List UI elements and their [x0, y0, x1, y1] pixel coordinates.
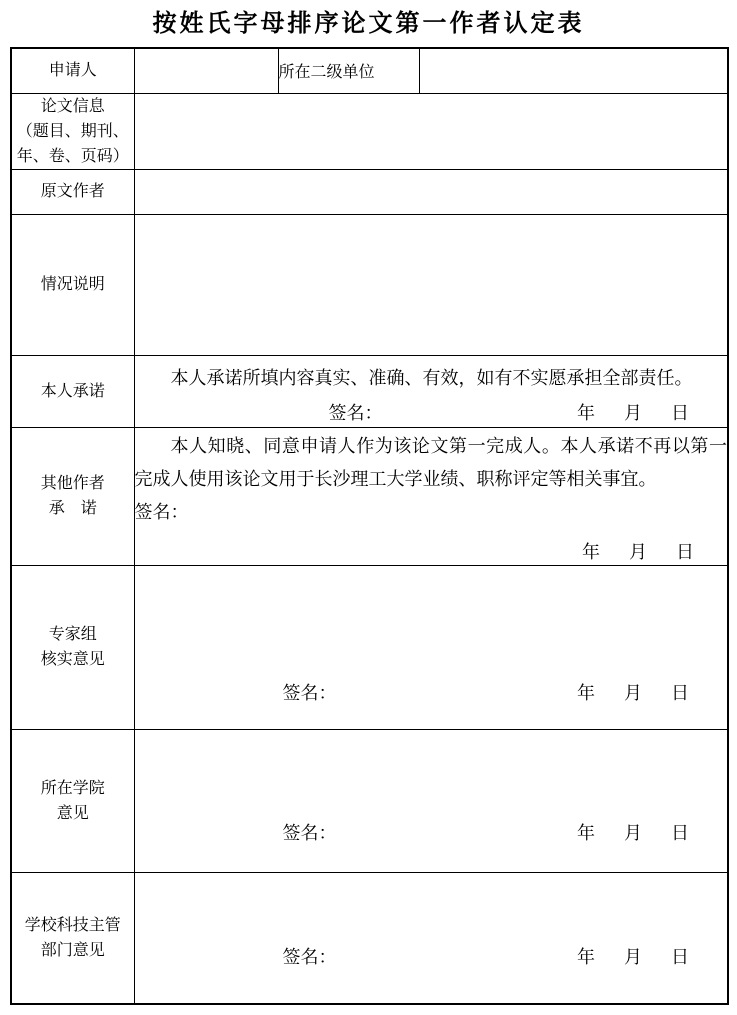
signature-label: 签名：: [135, 499, 728, 525]
label-line: 部门意见: [12, 938, 134, 963]
situation-value-cell[interactable]: [134, 214, 728, 355]
label-line: 意见: [12, 801, 134, 826]
signature-label: 签名：: [329, 399, 383, 425]
self-commitment-cell: 本人承诺所填内容真实、准确、有效，如有不实愿承担全部责任。 签名： 年 月 日: [134, 355, 728, 427]
row-college-opinion: 所在学院 意见 签名： 年 月 日: [11, 729, 728, 872]
college-opinion-cell[interactable]: 签名： 年 月 日: [134, 729, 728, 872]
label-line: 专家组: [12, 622, 134, 647]
row-self-commitment: 本人承诺 本人承诺所填内容真实、准确、有效，如有不实愿承担全部责任。 签名： 年…: [11, 355, 728, 427]
self-commitment-statement: 本人承诺所填内容真实、准确、有效，如有不实愿承担全部责任。: [135, 356, 728, 391]
department-opinion-label: 学校科技主管 部门意见: [11, 872, 134, 1004]
other-authors-cell: 本人知晓、同意申请人作为该论文第一完成人。本人承诺不再以第一完成人使用该论文用于…: [134, 427, 728, 565]
label-line: 承 诺: [12, 496, 134, 521]
document-page: 按姓氏字母排序论文第一作者认定表 申请人 所在二级单位 论文信息 （题目、期刊、…: [0, 0, 737, 1015]
day-label: 日: [671, 819, 689, 845]
day-label: 日: [671, 679, 689, 705]
college-opinion-label: 所在学院 意见: [11, 729, 134, 872]
original-authors-value-cell[interactable]: [134, 169, 728, 214]
expert-group-sign-row: 签名： 年 月 日: [135, 679, 728, 729]
applicant-value-cell[interactable]: [134, 48, 278, 93]
label-line: 其他作者: [12, 471, 134, 496]
college-sign-row: 签名： 年 月 日: [135, 819, 728, 872]
month-label: 月: [624, 399, 642, 425]
label-line: 所在学院: [12, 776, 134, 801]
row-paper-info: 论文信息 （题目、期刊、 年、卷、页码）: [11, 93, 728, 169]
row-original-authors: 原文作者: [11, 169, 728, 214]
unit-label: 所在二级单位: [278, 48, 419, 93]
unit-value-cell[interactable]: [419, 48, 728, 93]
other-authors-label: 其他作者 承 诺: [11, 427, 134, 565]
row-applicant: 申请人 所在二级单位: [11, 48, 728, 93]
signature-label: 签名：: [283, 819, 337, 845]
department-opinion-cell[interactable]: 签名： 年 月 日: [134, 872, 728, 1004]
date-fields: 年 月 日: [582, 538, 694, 564]
row-expert-group: 专家组 核实意见 签名： 年 月 日: [11, 565, 728, 729]
self-commitment-sign-row: 签名： 年 月 日: [135, 391, 728, 425]
department-sign-row: 签名： 年 月 日: [135, 943, 728, 1003]
expert-group-label: 专家组 核实意见: [11, 565, 134, 729]
other-authors-statement: 本人知晓、同意申请人作为该论文第一完成人。本人承诺不再以第一完成人使用该论文用于…: [135, 430, 728, 496]
form-table: 申请人 所在二级单位 论文信息 （题目、期刊、 年、卷、页码） 原文作者 情况说…: [10, 47, 729, 1005]
day-label: 日: [676, 538, 694, 564]
date-fields: 年 月 日: [577, 943, 689, 969]
label-line: 年、卷、页码）: [12, 144, 134, 169]
label-line: 论文信息: [12, 94, 134, 119]
original-authors-label: 原文作者: [11, 169, 134, 214]
day-label: 日: [671, 943, 689, 969]
signature-label: 签名：: [283, 679, 337, 705]
situation-label: 情况说明: [11, 214, 134, 355]
month-label: 月: [629, 538, 647, 564]
row-other-authors: 其他作者 承 诺 本人知晓、同意申请人作为该论文第一完成人。本人承诺不再以第一完…: [11, 427, 728, 565]
date-fields: 年 月 日: [577, 399, 689, 425]
date-fields: 年 月 日: [577, 679, 689, 705]
year-label: 年: [577, 679, 595, 705]
year-label: 年: [577, 943, 595, 969]
label-line: 核实意见: [12, 647, 134, 672]
paper-info-value-cell[interactable]: [134, 93, 728, 169]
other-authors-date-line: 年 月 日: [135, 538, 728, 564]
day-label: 日: [671, 399, 689, 425]
year-label: 年: [577, 819, 595, 845]
row-situation: 情况说明: [11, 214, 728, 355]
form-title: 按姓氏字母排序论文第一作者认定表: [0, 8, 737, 40]
month-label: 月: [624, 819, 642, 845]
label-line: 学校科技主管: [12, 913, 134, 938]
date-fields: 年 月 日: [577, 819, 689, 845]
month-label: 月: [624, 679, 642, 705]
applicant-label: 申请人: [11, 48, 134, 93]
self-commitment-label: 本人承诺: [11, 355, 134, 427]
label-line: （题目、期刊、: [12, 119, 134, 144]
paper-info-label: 论文信息 （题目、期刊、 年、卷、页码）: [11, 93, 134, 169]
row-department-opinion: 学校科技主管 部门意见 签名： 年 月 日: [11, 872, 728, 1004]
year-label: 年: [582, 538, 600, 564]
expert-group-opinion-cell[interactable]: 签名： 年 月 日: [134, 565, 728, 729]
year-label: 年: [577, 399, 595, 425]
signature-label: 签名：: [283, 943, 337, 969]
month-label: 月: [624, 943, 642, 969]
